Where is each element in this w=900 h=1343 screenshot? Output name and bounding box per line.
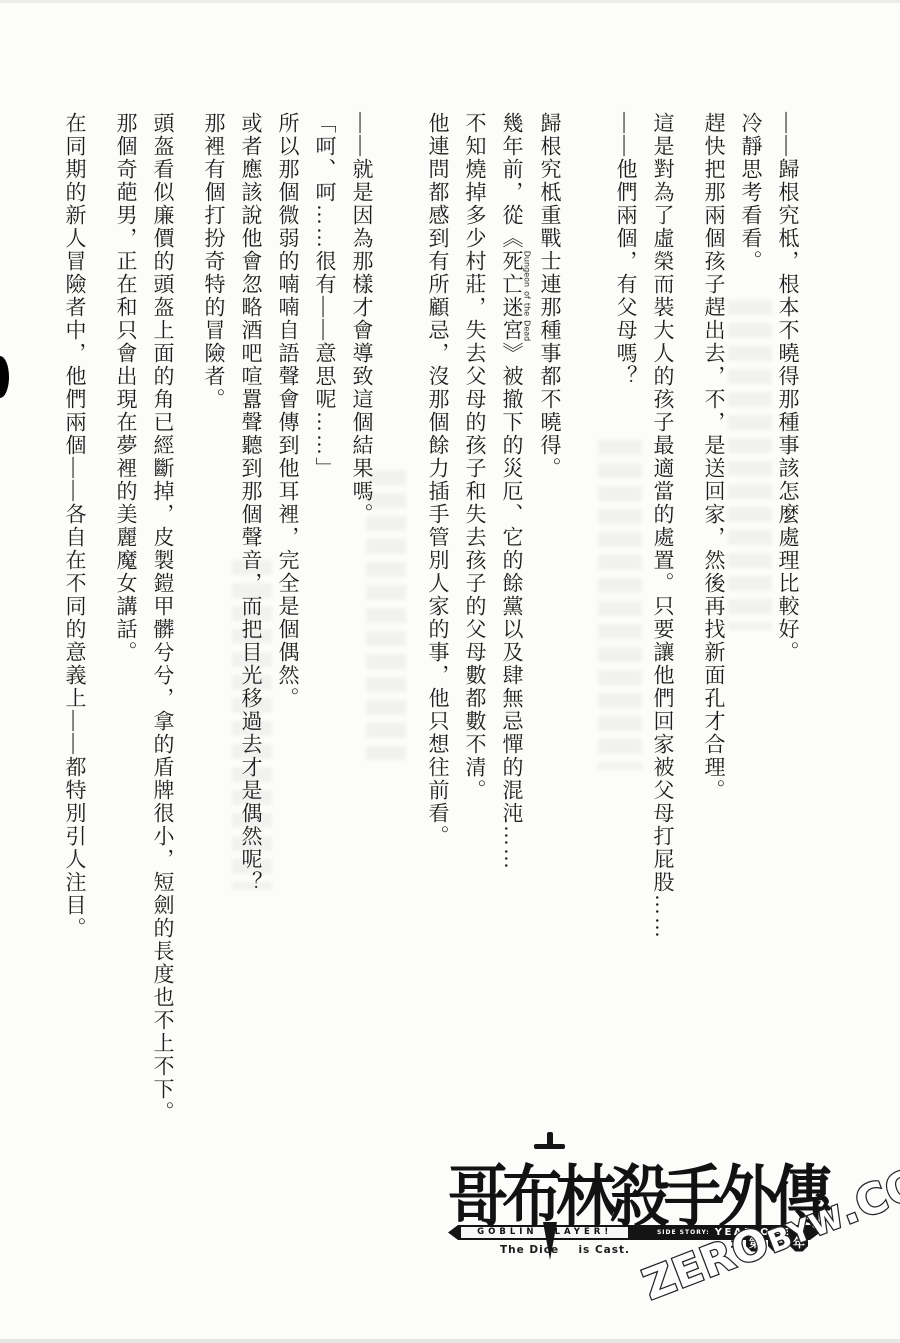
novel-column-4: 這是對為了虛榮而裝大人的孩子最適當的處置。只要讓他們回家被父母打屁股……: [644, 112, 681, 1242]
novel-column-11: 「呵、呵……很有——意思呢……」: [306, 112, 343, 1242]
novel-column-6: 歸根究柢重戰士連那種事都不曉得。: [531, 112, 568, 1242]
novel-column-1: ——歸根究柢，根本不曉得那種事該怎麼處理比較好。: [769, 112, 806, 1242]
tagline-right: is Cast.: [578, 1244, 630, 1256]
novel-column-10: ——就是因為那樣才會導致這個結果嗎。: [343, 112, 380, 1242]
novel-column-12: 所以那個微弱的喃喃自語聲會傳到他耳裡，完全是個偶然。: [269, 112, 306, 1242]
novel-column-5: ——他們兩個，有父母嗎？: [607, 112, 644, 1242]
novel-column-7: 幾年前，從《死亡迷宮Dungeon of the Dead》被撤下的災厄、它的餘…: [493, 112, 531, 1242]
furigana-term: 死亡迷宮Dungeon of the Dead: [500, 250, 524, 342]
scanned-novel-page: ——歸根究柢，根本不曉得那種事該怎麼處理比較好。冷靜思考看看。趕快把那兩個孩子趕…: [0, 0, 900, 1343]
vertical-novel-text: ——歸根究柢，根本不曉得那種事該怎麼處理比較好。冷靜思考看看。趕快把那兩個孩子趕…: [56, 112, 806, 1242]
logo-banner-side-story: SIDE STORY:: [657, 1229, 710, 1236]
novel-column-8: 不知燒掉多少村莊，失去父母的孩子和失去孩子的父母數都數不清。: [456, 112, 493, 1242]
novel-column-13: 或者應該說他會忽略酒吧喧囂聲聽到那個聲音，而把目光移過去才是偶然呢？: [232, 112, 269, 1242]
novel-column-14: 那裡有個打扮奇特的冒險者。: [195, 112, 232, 1242]
novel-column-17: 在同期的新人冒險者中，他們兩個——各自在不同的意義上——都特別引人注目。: [56, 112, 93, 1242]
novel-column-15: 頭盔看似廉價的頭盔上面的角已經斷掉，皮製鎧甲髒兮兮，拿的盾牌很小，短劍的長度也不…: [144, 112, 181, 1242]
logo-tagline: The Dice is Cast.: [500, 1244, 630, 1256]
novel-column-2: 冷靜思考看看。: [732, 112, 769, 1242]
novel-column-3: 趕快把那兩個孩子趕出去，不，是送回家，然後再找新面孔才合理。: [695, 112, 732, 1242]
page-edge-mark: [0, 356, 9, 398]
page-bottom-edge: [0, 1339, 900, 1343]
novel-column-9: 他連問都感到有所顧忌，沒那個餘力插手管別人家的事，他只想往前看。: [419, 112, 456, 1242]
page-top-edge: [0, 0, 900, 3]
novel-column-16: 那個奇葩男，正在和只會出現在夢裡的美麗魔女講話。: [107, 112, 144, 1242]
